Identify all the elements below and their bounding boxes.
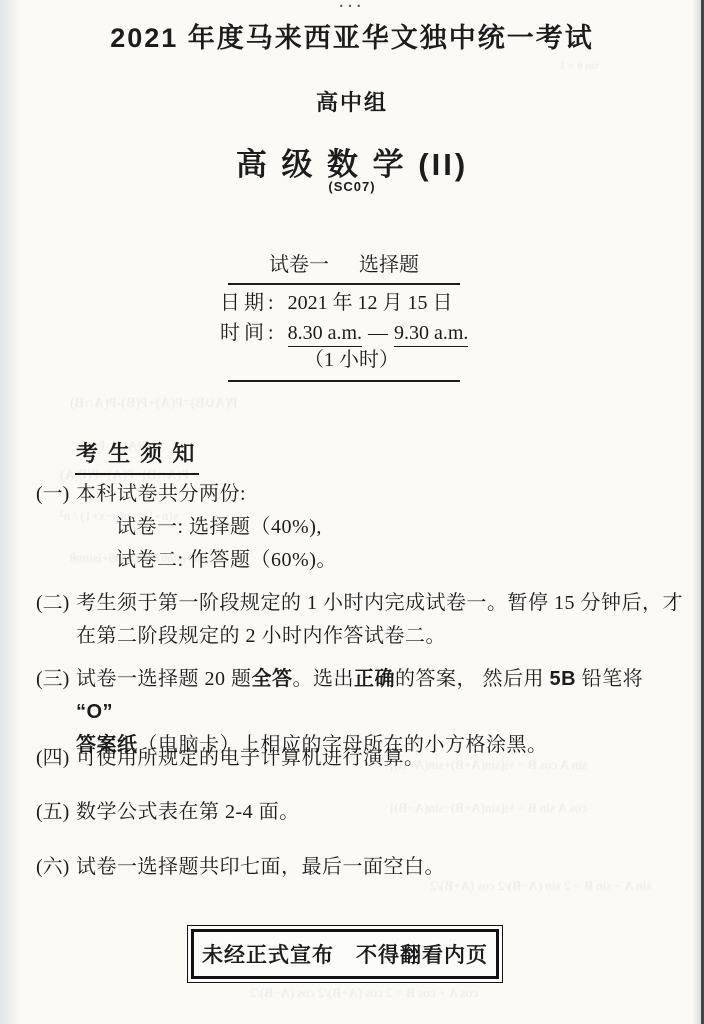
notice-item: (六)试卷一选择题共印七面，最后一面空白。	[36, 851, 684, 884]
notice-item-line: 在第二阶段规定的 2 小时内作答试卷二。	[76, 620, 684, 653]
notice-item: (五)数学公式表在第 2-4 面。	[36, 796, 684, 829]
warning-box: 未经正式宣布 不得翻看内页	[187, 925, 503, 983]
notice-item-line: 考生须于第一阶段规定的 1 小时内完成试卷一。暂停 15 分钟后，才	[76, 587, 684, 620]
notice-item-line: 试卷一选择题 20 题全答。选出正确的答案， 然后用 5B 铅笔将 “O”	[76, 663, 684, 729]
notice-item-label: (二)	[36, 587, 69, 620]
notice-item-line: 数学公式表在第 2-4 面。	[76, 796, 684, 829]
notice-item-line: 本科试卷共分两份:	[76, 478, 684, 511]
notice-item-line: 可使用所规定的电子计算机进行演算。	[76, 742, 684, 775]
notice-item-line: 试卷一: 选择题（40%),	[116, 511, 684, 544]
notice-item-line: 试卷二: 作答题（60%)。	[116, 544, 684, 577]
notice-item-line: 试卷一选择题共印七面，最后一面空白。	[76, 851, 684, 884]
notice-list: (一)本科试卷共分两份:试卷一: 选择题（40%),试卷二: 作答题（60%)。…	[0, 0, 704, 1024]
notice-item: (二)考生须于第一阶段规定的 1 小时内完成试卷一。暂停 15 分钟后，才在第二…	[36, 587, 684, 653]
warning-box-inner: 未经正式宣布 不得翻看内页	[191, 929, 499, 979]
notice-item-label: (五)	[36, 796, 69, 829]
notice-item: (一)本科试卷共分两份:试卷一: 选择题（40%),试卷二: 作答题（60%)。	[36, 478, 684, 577]
warning-text: 未经正式宣布 不得翻看内页	[202, 944, 488, 967]
notice-item-label: (三)	[36, 663, 69, 696]
exam-cover-page: P(A∪B)=P(A)+P(B)-P(A∩B)P(A)=1-P(A)P(A∩B)…	[0, 0, 704, 1024]
notice-item: (四)可使用所规定的电子计算机进行演算。	[36, 742, 684, 775]
notice-item-label: (六)	[36, 851, 69, 884]
notice-item-label: (一)	[36, 478, 69, 511]
notice-item-label: (四)	[36, 742, 69, 775]
